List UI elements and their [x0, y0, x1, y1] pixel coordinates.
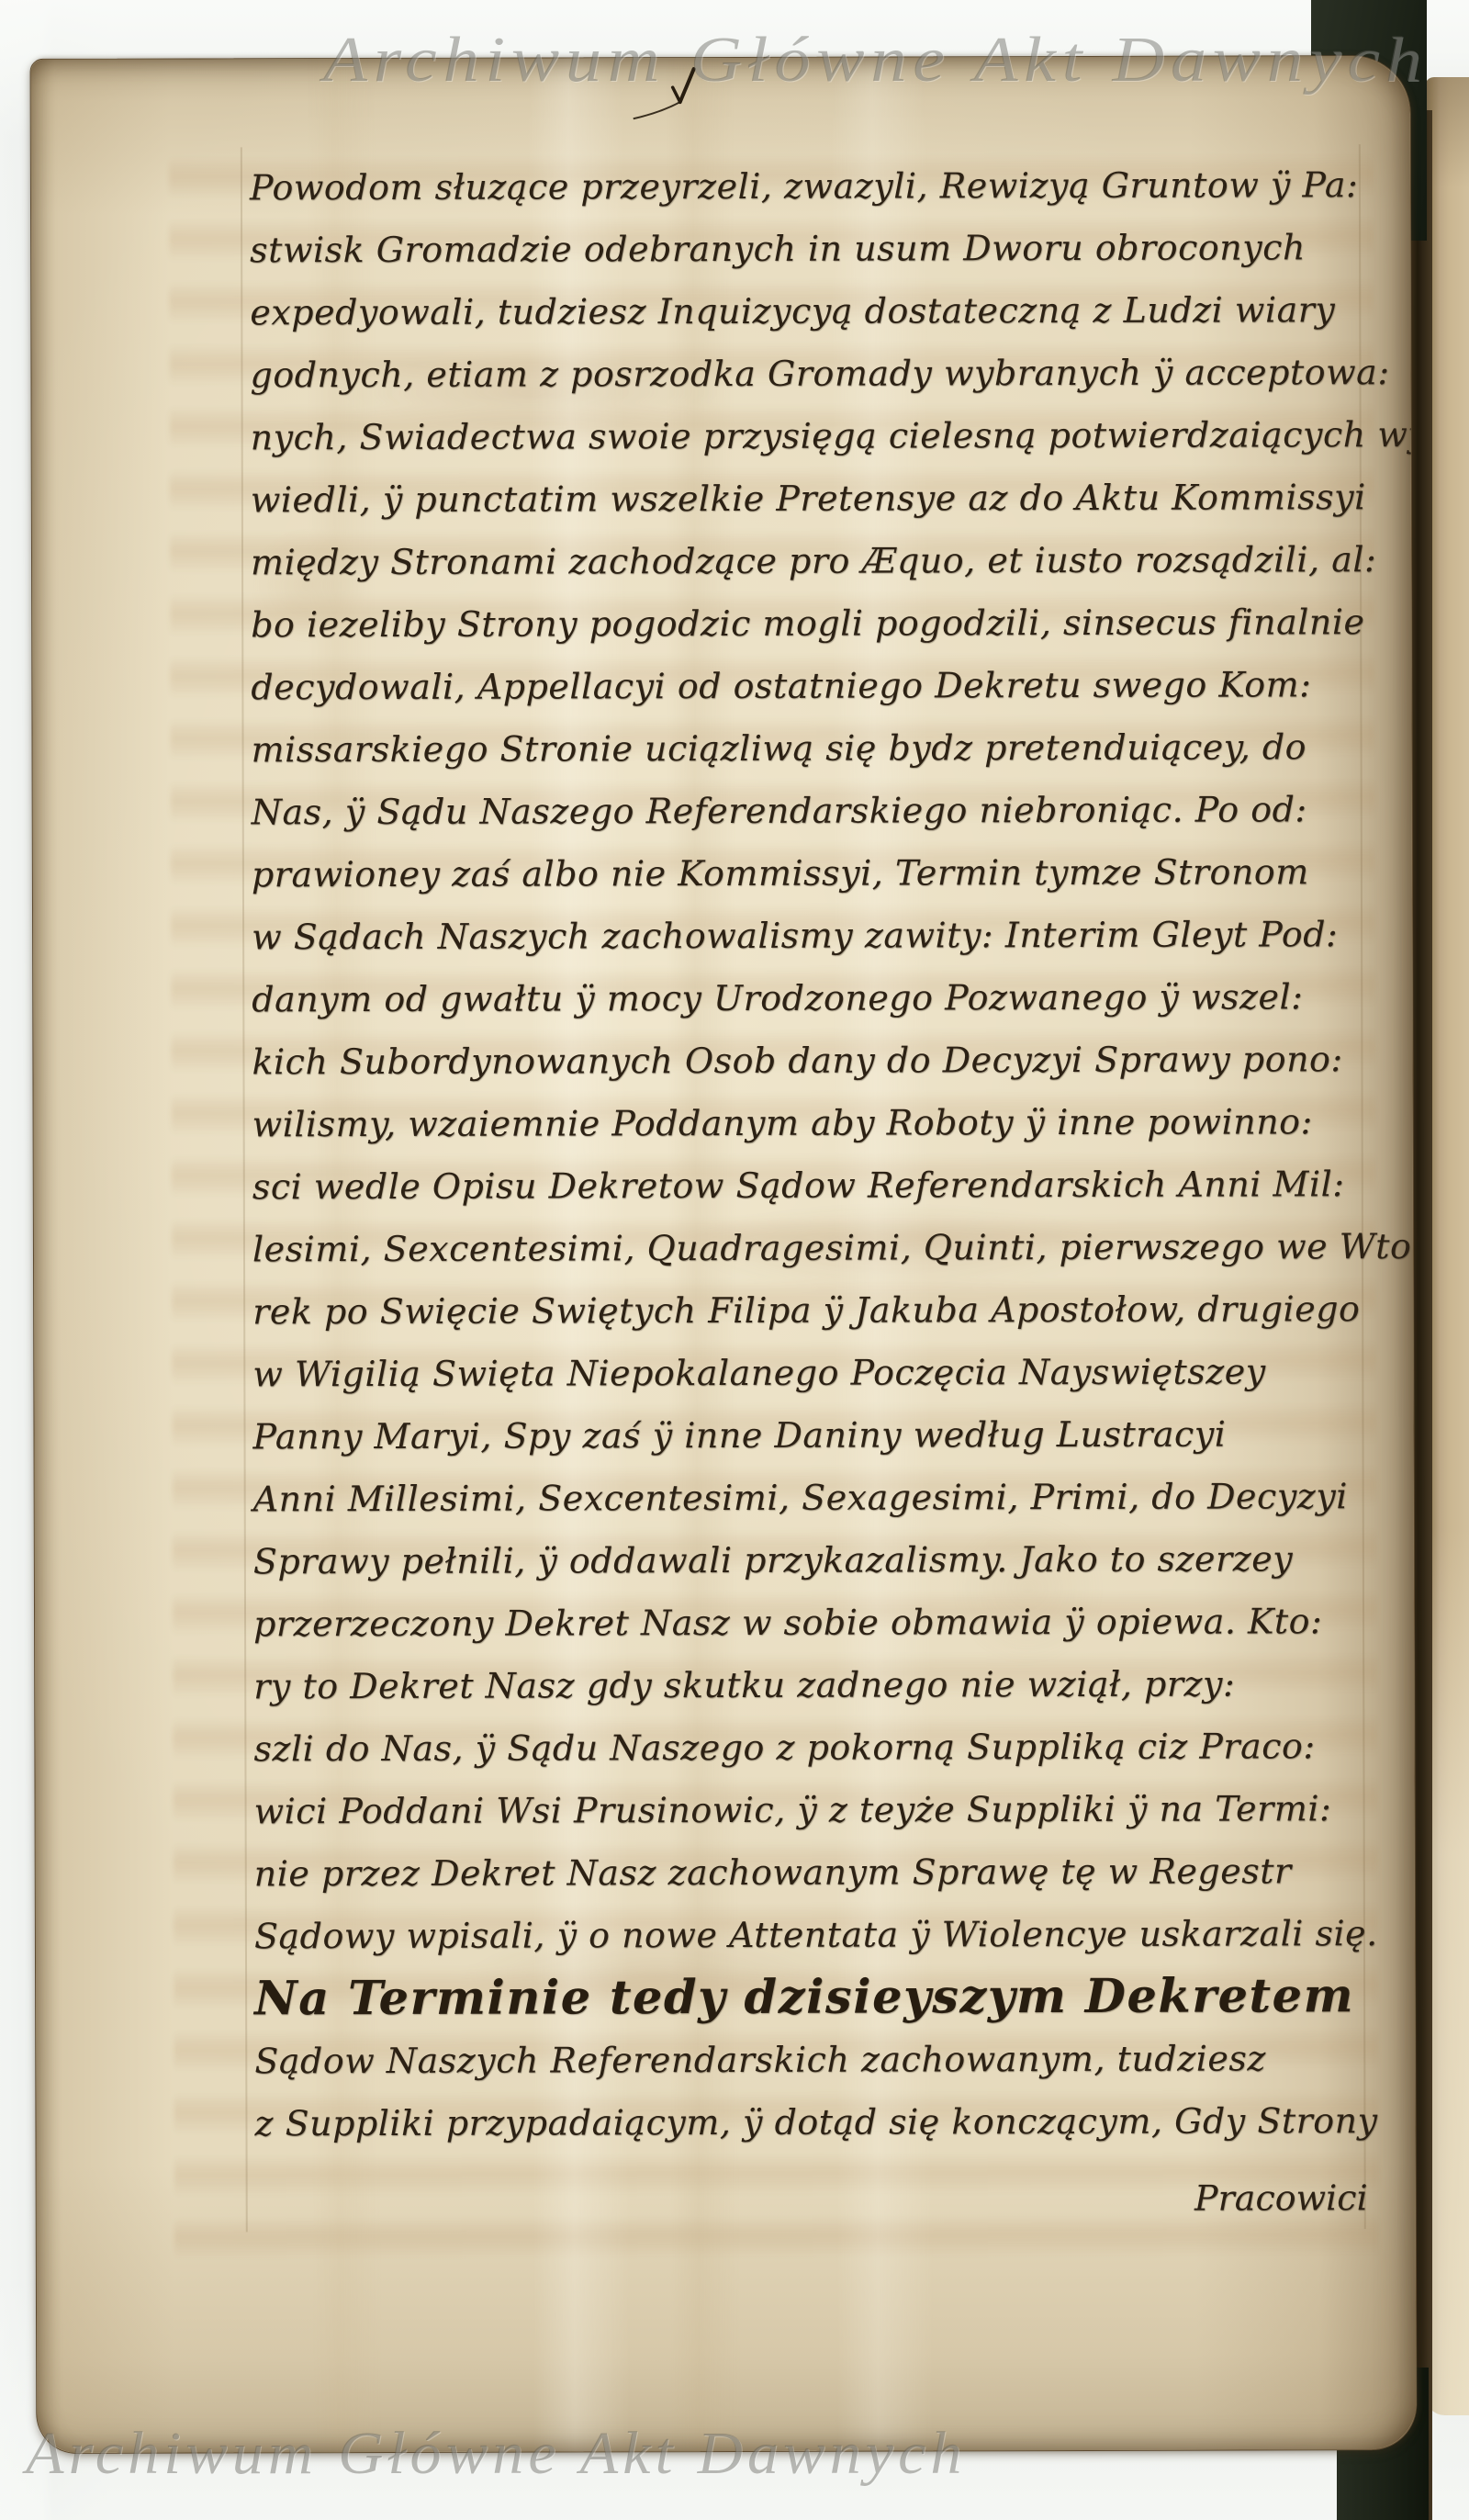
manuscript-line: Anni Millesimi, Sexcentesimi, Sexagesimi…: [253, 1465, 1383, 1530]
manuscript-line: bo iezeliby Strony pogodzic mogli pogodz…: [251, 591, 1380, 656]
manuscript-line: Powodom słuzące przeyrzeli, zwazyli, Rew…: [250, 153, 1379, 219]
manuscript-line: sci wedle Opisu Dekretow Sądow Referenda…: [252, 1153, 1382, 1218]
manuscript-line: prawioney zaś albo nie Kommissyi, Termin…: [252, 840, 1381, 906]
manuscript-line: expedyowali, tudziesz Inquizycyą dostate…: [250, 278, 1379, 343]
manuscript-line: nych, Swiadectwa swoie przysięgą cielesn…: [251, 403, 1380, 468]
manuscript-line: szli do Nas, ÿ Sądu Naszego z pokorną Su…: [253, 1715, 1383, 1780]
manuscript-line: przerzeczony Dekret Nasz w sobie obmawia…: [253, 1590, 1383, 1655]
manuscript-line: Na Terminie tedy dzisieyszym Dekretem: [254, 1964, 1384, 2030]
catchword: Pracowici: [1194, 2177, 1368, 2218]
manuscript-line: danym od gwałtu ÿ mocy Urodzonego Pozwan…: [252, 965, 1381, 1030]
manuscript-line: Sądow Naszych Referendarskich zachowanym…: [254, 2027, 1384, 2092]
manuscript-line: Sprawy pełnili, ÿ oddawali przykazalismy…: [253, 1527, 1383, 1592]
manuscript-line: stwisk Gromadzie odebranych in usum Dwor…: [250, 216, 1379, 281]
manuscript-line: lesimi, Sexcentesimi, Quadragesimi, Quin…: [252, 1215, 1382, 1280]
manuscript-line: ry to Dekret Nasz gdy skutku zadnego nie…: [253, 1652, 1383, 1717]
manuscript-line: missarskiego Stronie uciązliwą się bydz …: [251, 715, 1380, 781]
manuscript-line: nie przez Dekret Nasz zachowanym Sprawę …: [254, 1839, 1384, 1905]
manuscript-line: godnych, etiam z posrzodka Gromady wybra…: [250, 341, 1379, 406]
manuscript-page: Powodom słuzące przeyrzeli, zwazyli, Rew…: [30, 55, 1418, 2454]
manuscript-text-block: Powodom słuzące przeyrzeli, zwazyli, Rew…: [250, 153, 1385, 2154]
pen-check-mark-icon: [630, 63, 714, 124]
manuscript-line: Sądowy wpisali, ÿ o nowe Attentata ÿ Wio…: [254, 1902, 1384, 1967]
manuscript-line: Panny Maryi, Spy zaś ÿ inne Daniny wedłu…: [252, 1402, 1382, 1468]
manuscript-line: w Sądach Naszych zachowalismy zawity: In…: [252, 903, 1381, 968]
manuscript-line: w Wigilią Swięta Niepokalanego Poczęcia …: [252, 1340, 1382, 1405]
manuscript-line: wiedli, ÿ punctatim wszelkie Pretensye a…: [251, 466, 1380, 531]
manuscript-line: wilismy, wzaiemnie Poddanym aby Roboty ÿ…: [252, 1090, 1382, 1155]
manuscript-line: kich Subordynowanych Osob dany do Decyzy…: [252, 1028, 1381, 1093]
manuscript-line: Nas, ÿ Sądu Naszego Referendarskiego nie…: [252, 778, 1381, 843]
manuscript-line: rek po Swięcie Swiętych Filipa ÿ Jakuba …: [252, 1277, 1382, 1343]
manuscript-line: między Stronami zachodzące pro Æquo, et …: [251, 528, 1380, 593]
manuscript-line: wici Poddani Wsi Prusinowic, ÿ z teyże S…: [253, 1777, 1383, 1842]
manuscript-line: decydowali, Appellacyi od ostatniego Dek…: [251, 653, 1380, 718]
manuscript-line: z Suppliki przypadaiącym, ÿ dotąd się ko…: [254, 2089, 1384, 2154]
